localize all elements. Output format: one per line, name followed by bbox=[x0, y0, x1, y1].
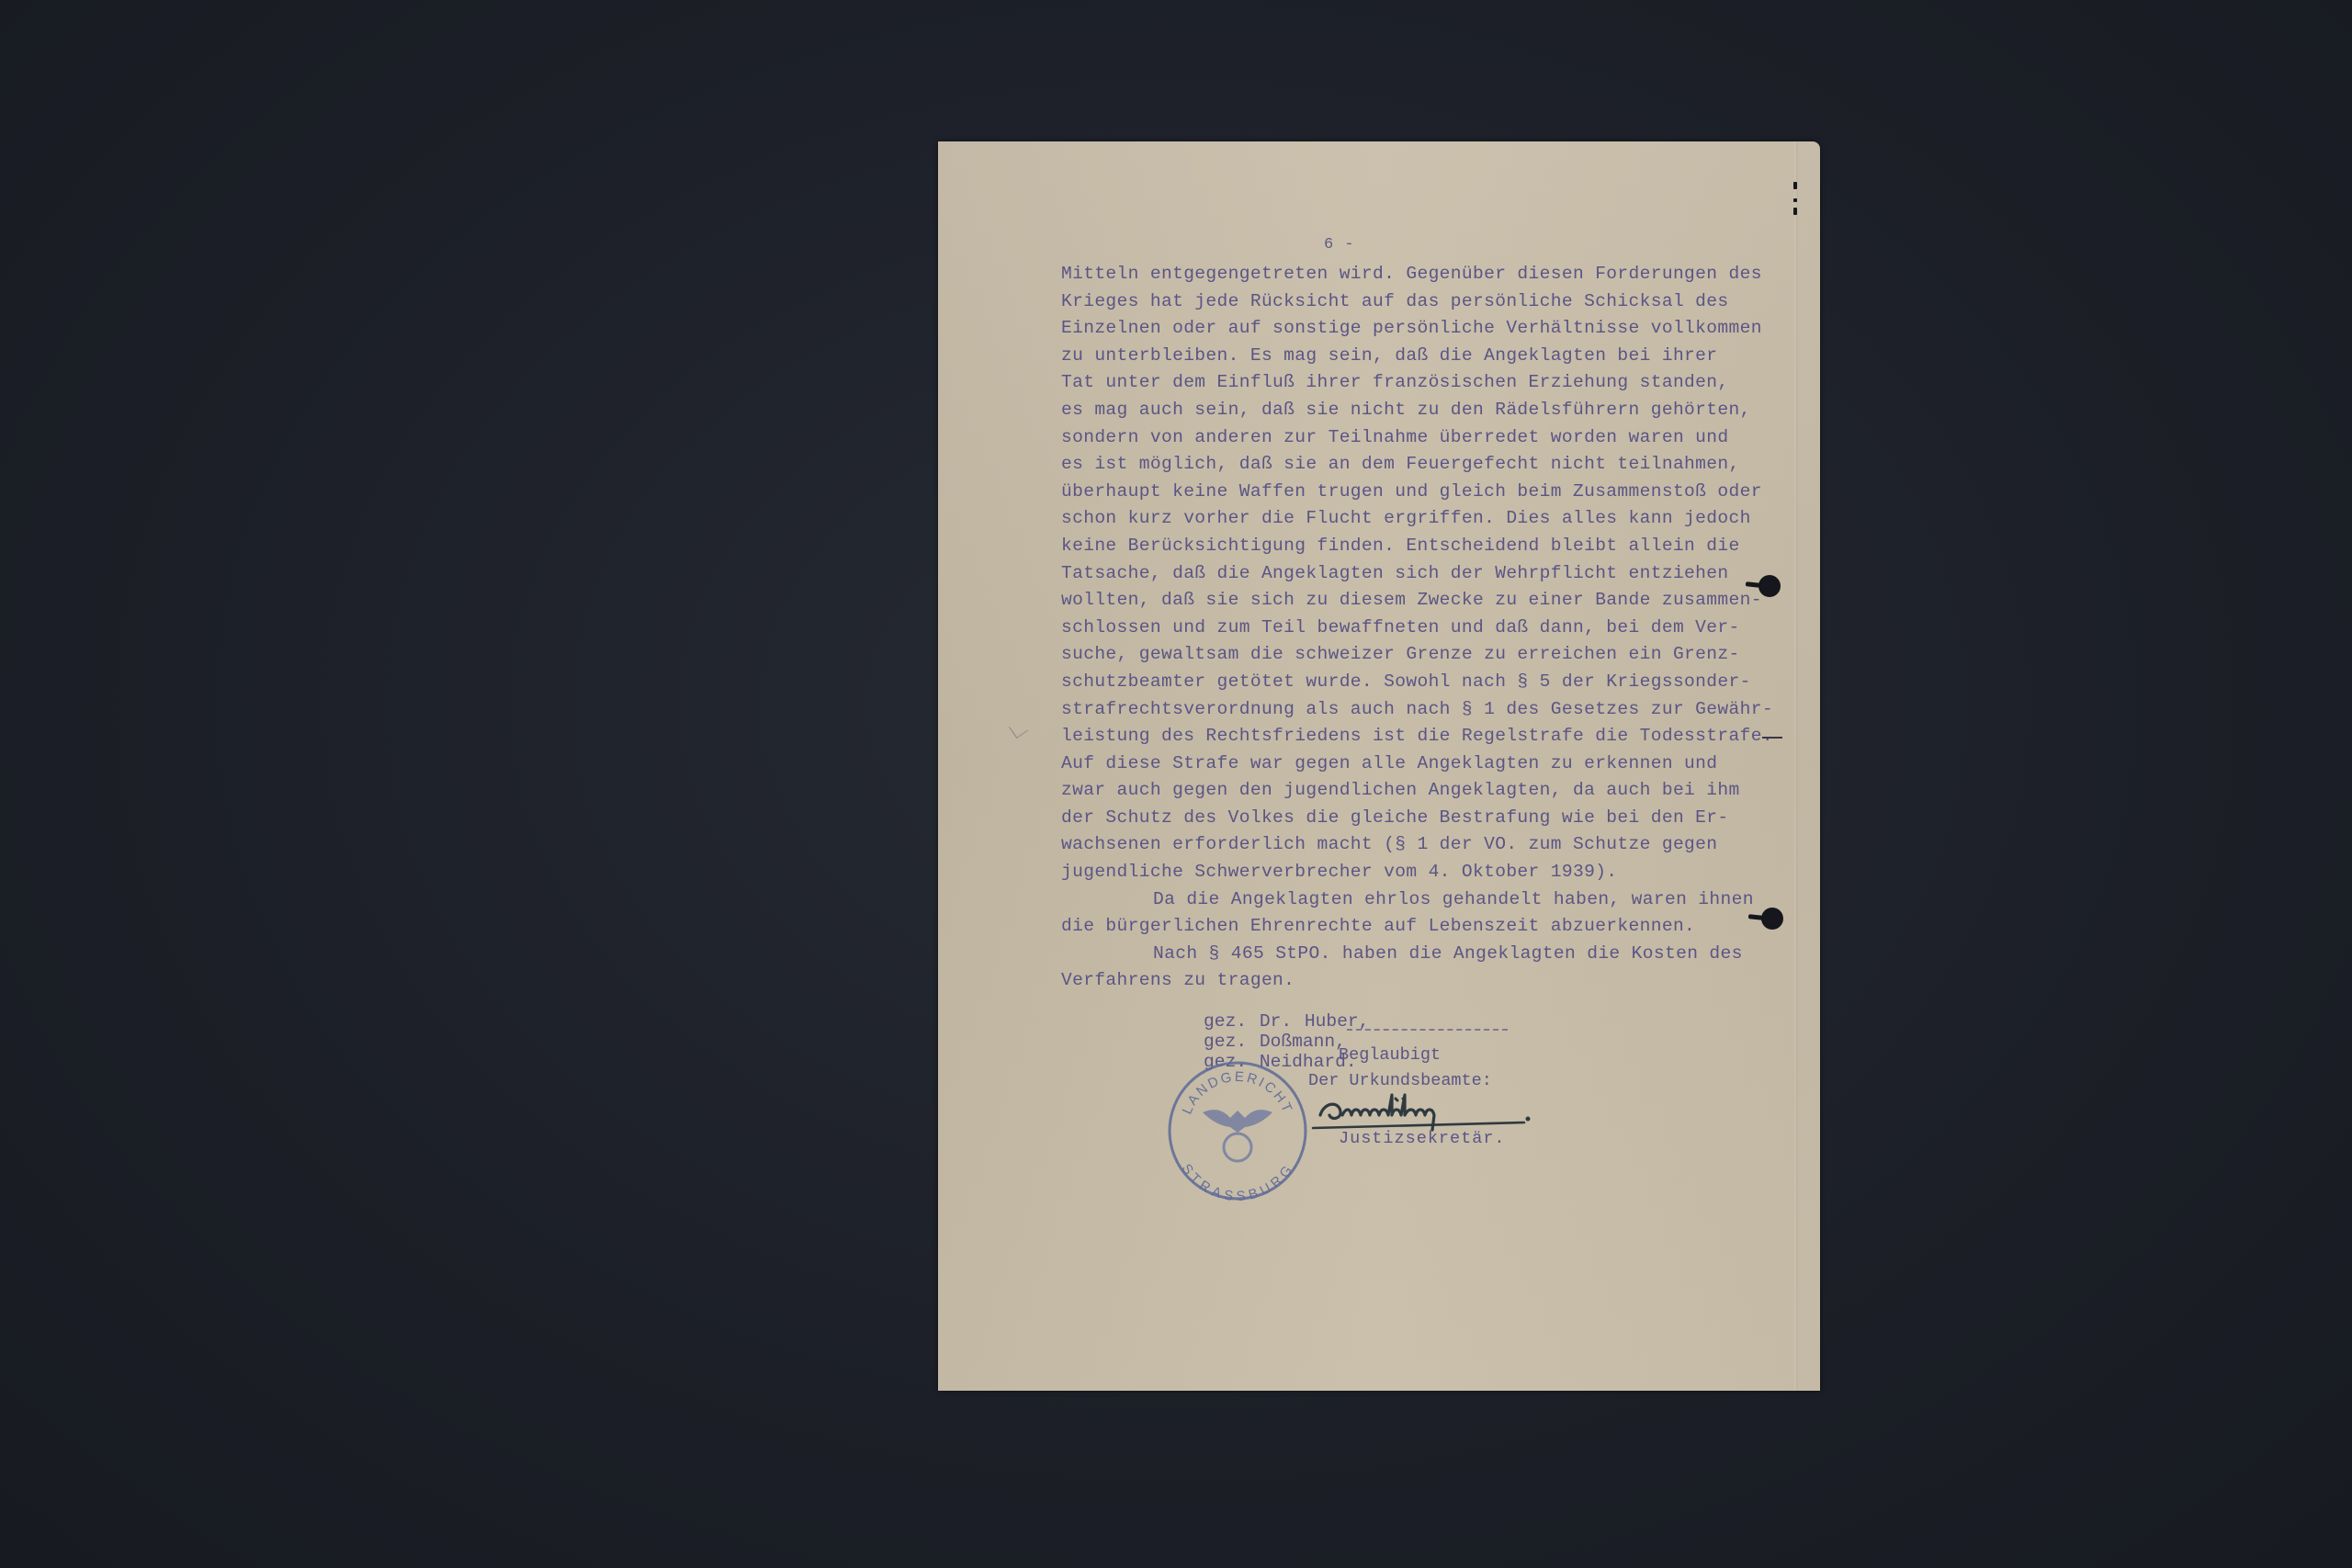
body-line: sondern von anderen zur Teilnahme überre… bbox=[1061, 424, 1796, 452]
body-line: leistung des Rechtsfriedens ist die Rege… bbox=[1061, 723, 1796, 750]
body-line: Mitteln entgegengetreten wird. Gegenüber… bbox=[1061, 261, 1796, 288]
body-line: die bürgerlichen Ehrenrechte auf Lebensz… bbox=[1061, 913, 1796, 941]
margin-pencil-mark bbox=[1009, 719, 1028, 739]
body-line: Einzelnen oder auf sonstige persönliche … bbox=[1061, 315, 1796, 343]
document-page: 6 - Mitteln entgegengetreten wird. Gegen… bbox=[938, 141, 1820, 1391]
edge-mark bbox=[1793, 208, 1797, 215]
body-line: zu unterbleiben. Es mag sein, daß die An… bbox=[1061, 343, 1796, 370]
body-line: Krieges hat jede Rücksicht auf das persö… bbox=[1061, 288, 1796, 316]
body-line: zwar auch gegen den jugendlichen Angekla… bbox=[1061, 777, 1796, 805]
body-line: überhaupt keine Waffen trugen und gleich… bbox=[1061, 479, 1796, 506]
body-line: es mag auch sein, daß sie nicht zu den R… bbox=[1061, 397, 1796, 424]
body-line: keine Berücksichtigung finden. Entscheid… bbox=[1061, 533, 1796, 560]
body-line: strafrechtsverordnung als auch nach § 1 … bbox=[1061, 696, 1796, 724]
body-line: Tatsache, daß die Angeklagten sich der W… bbox=[1061, 560, 1796, 588]
court-seal-stamp: LANDGERICHT STRASSBURG bbox=[1164, 1057, 1311, 1204]
punch-hole bbox=[1758, 575, 1781, 597]
body-line: es ist möglich, daß sie an dem Feuergefe… bbox=[1061, 451, 1796, 479]
page-number: 6 - bbox=[1324, 236, 1355, 254]
body-line: Tat unter dem Einfluß ihrer französische… bbox=[1061, 369, 1796, 397]
body-line: der Schutz des Volkes die gleiche Bestra… bbox=[1061, 805, 1796, 832]
body-line: Auf diese Strafe war gegen alle Angeklag… bbox=[1061, 750, 1796, 778]
body-line: schon kurz vorher die Flucht ergriffen. … bbox=[1061, 505, 1796, 533]
signatory-1: gez. Dr. Huber, bbox=[1204, 1011, 1369, 1032]
punch-hole bbox=[1761, 908, 1783, 930]
edge-mark bbox=[1793, 182, 1797, 189]
judgment-body-text: Mitteln entgegengetreten wird. Gegenüber… bbox=[1061, 261, 1796, 995]
body-line: suche, gewaltsam die schweizer Grenze zu… bbox=[1061, 641, 1796, 669]
svg-text:STRASSBURG: STRASSBURG bbox=[1178, 1161, 1297, 1204]
seal-emblem-icon bbox=[1203, 1110, 1272, 1161]
dashed-separator bbox=[1347, 1029, 1508, 1031]
clerk-title: Justizsekretär. bbox=[1339, 1129, 1506, 1148]
body-line: jugendliche Schwerverbrecher vom 4. Okto… bbox=[1061, 859, 1796, 886]
signatory-2: gez. Doßmann, bbox=[1204, 1032, 1346, 1052]
body-line: wachsenen erforderlich macht (§ 1 der VO… bbox=[1061, 831, 1796, 859]
body-line: schlossen und zum Teil bewaffneten und d… bbox=[1061, 615, 1796, 642]
seal-bottom-text: STRASSBURG bbox=[1178, 1161, 1297, 1204]
edge-mark bbox=[1793, 198, 1797, 202]
body-line: Da die Angeklagten ehrlos gehandelt habe… bbox=[1061, 886, 1796, 914]
body-line: Nach § 465 StPO. haben die Angeklagten d… bbox=[1061, 941, 1796, 968]
certified-label: Beglaubigt bbox=[1339, 1045, 1441, 1065]
body-line: wollten, daß sie sich zu diesem Zwecke z… bbox=[1061, 587, 1796, 615]
body-line: schutzbeamter getötet wurde. Sowohl nach… bbox=[1061, 669, 1796, 696]
typed-underscore-mark bbox=[1762, 737, 1782, 739]
